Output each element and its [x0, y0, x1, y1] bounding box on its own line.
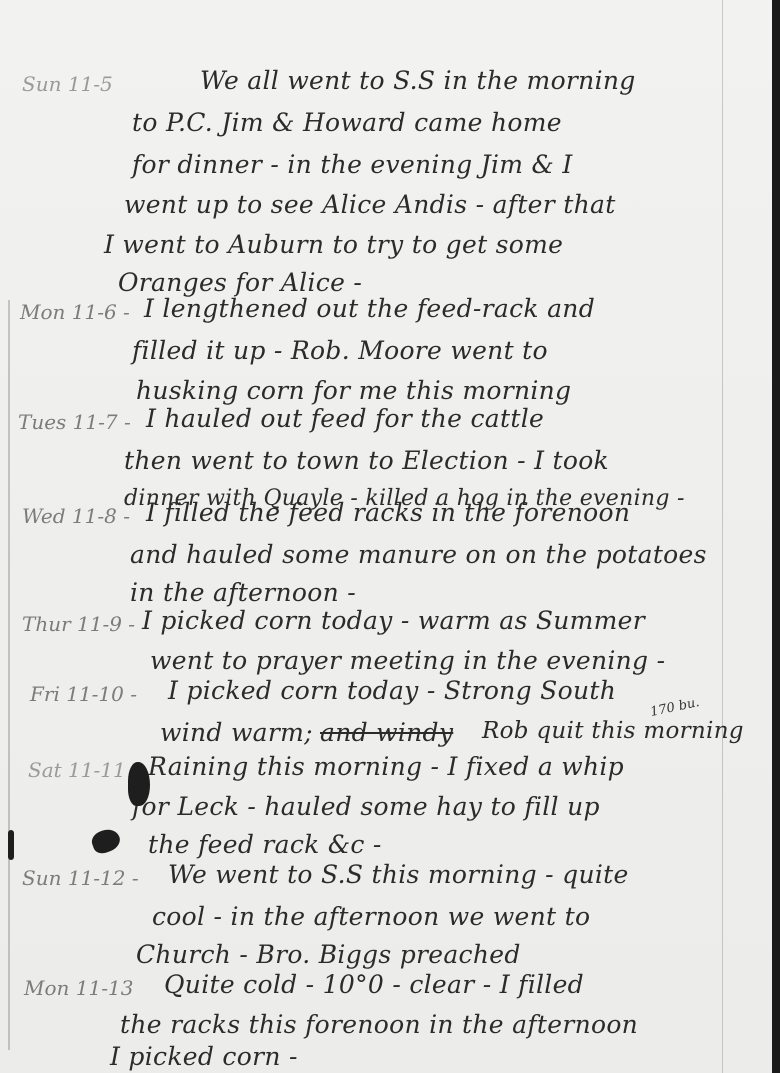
- entry-line: Rob quit this morning: [482, 718, 744, 744]
- ink-blot: [89, 826, 123, 856]
- entry-line: We went to S.S this morning - quite: [168, 860, 629, 889]
- entry-date: Fri 11-10 -: [30, 682, 137, 706]
- page-left-edge: [8, 300, 10, 1050]
- entry-date: Sun 11-12 -: [22, 866, 139, 890]
- ink-blot: [8, 830, 14, 860]
- entry-line: Church - Bro. Biggs preached: [136, 940, 521, 969]
- margin-note: 170 bu.: [649, 695, 701, 720]
- entry-date: Tues 11-7 -: [18, 410, 131, 434]
- entry-line: I hauled out feed for the cattle: [146, 404, 544, 433]
- entry-line: filled it up - Rob. Moore went to: [132, 336, 548, 365]
- entry-line: in the afternoon -: [130, 578, 356, 607]
- entry-line: husking corn for me this morning: [136, 376, 571, 405]
- entry-line: went up to see Alice Andis - after that: [124, 190, 616, 219]
- ink-blot: [128, 762, 150, 806]
- entry-line: Oranges for Alice -: [118, 268, 362, 297]
- entry-line: Quite cold - 10°0 - clear - I filled: [164, 970, 584, 999]
- scan-edge: [772, 0, 780, 1073]
- page-fold-line: [722, 0, 723, 1073]
- entry-date: Mon 11-6 -: [20, 300, 130, 324]
- struck-text: and windy: [320, 718, 453, 747]
- entry-line: I went to Auburn to try to get some: [104, 230, 563, 259]
- entry-line: then went to town to Election - I took: [124, 446, 609, 475]
- entry-date: Thur 11-9 -: [22, 612, 135, 636]
- entry-line: I filled the feed racks in the forenoon: [146, 498, 630, 527]
- entry-line: the feed rack &c -: [148, 830, 382, 859]
- entry-date: Wed 11-8 -: [22, 504, 130, 528]
- diary-page: Sun 11-5 We all went to S.S in the morni…: [0, 0, 772, 1073]
- entry-line: went to prayer meeting in the evening -: [150, 646, 665, 675]
- entry-line: cool - in the afternoon we went to: [152, 902, 590, 931]
- entry-line: for Leck - hauled some hay to fill up: [132, 792, 600, 821]
- entry-date: Sat 11-11: [28, 758, 126, 782]
- entry-line: and hauled some manure on on the potatoe…: [130, 540, 707, 569]
- entry-line: I picked corn today - warm as Summer: [142, 606, 645, 635]
- entry-line: Raining this morning - I fixed a whip: [148, 752, 624, 781]
- entry-line: wind warm;: [160, 718, 313, 747]
- entry-line: to P.C. Jim & Howard came home: [132, 108, 562, 137]
- entry-line: I lengthened out the feed-rack and: [144, 294, 595, 323]
- entry-line: for dinner - in the evening Jim & I: [132, 150, 573, 179]
- entry-date: Sun 11-5: [22, 72, 113, 96]
- entry-date: Mon 11-13: [24, 976, 133, 1000]
- entry-line: the racks this forenoon in the afternoon: [120, 1010, 638, 1039]
- entry-line: I picked corn today - Strong South: [168, 676, 616, 705]
- entry-line: I picked corn -: [110, 1042, 298, 1071]
- entry-line: We all went to S.S in the morning: [200, 66, 636, 95]
